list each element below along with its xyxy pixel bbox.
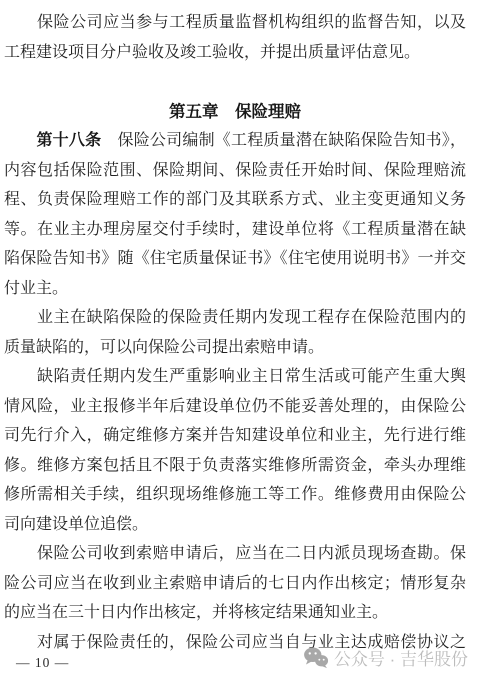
text-line: 修所需相关手续，组织现场维修施工等工作。维修费用由保险公 — [4, 480, 466, 510]
watermark: 公众号 · 吉华股份 — [303, 645, 468, 670]
wechat-icon — [303, 646, 329, 669]
text-line: 的应当在三十日内作出核定，并将核定结果通知业主。 — [4, 598, 466, 628]
text-line: 缺陷责任期内发生严重影响业主日常生活或可能产生重大舆 — [4, 362, 466, 392]
blank-line — [4, 67, 466, 97]
text-line: 情风险，业主报修半年后建设单位仍不能妥善处理的，由保险公 — [4, 392, 466, 422]
article-line: 第十八条 保险公司编制《工程质量潜在缺陷保险告知书》， — [4, 126, 466, 156]
chapter-heading: 第五章 保险理赔 — [4, 97, 466, 127]
text-line: 陷保险告知书》随《住宅质量保证书》《住宅使用说明书》一并交 — [4, 244, 466, 274]
text-line: 司向建设单位追偿。 — [4, 510, 466, 540]
text-line: 业主在缺陷保险的保险责任期内发现工程存在保险范围内的 — [4, 303, 466, 333]
watermark-text: 公众号 · 吉华股份 — [334, 645, 468, 670]
text-line: 内容包括保险范围、保险期间、保险责任开始时间、保险理赔流 — [4, 156, 466, 186]
text-line: 程、负责保险理赔工作的部门及其联系方式、业主变更通知义务 — [4, 185, 466, 215]
text-line: 质量缺陷的，可以向保险公司提出索赔申请。 — [4, 333, 466, 363]
text-line: 司先行介入，确定维修方案并告知建设单位和业主，先行进行维 — [4, 421, 466, 451]
text-line: 等。在业主办理房屋交付手续时，建设单位将《工程质量潜在缺 — [4, 215, 466, 245]
text-line: 工程建设项目分户验收及竣工验收，并提出质量评估意见。 — [4, 38, 466, 68]
text-line: 付业主。 — [4, 274, 466, 304]
article-text: 保险公司编制《工程质量潜在缺陷保险告知书》， — [101, 132, 466, 149]
text-line: 险公司应当在收到业主索赔申请后的七日内作出核定；情形复杂 — [4, 569, 466, 599]
page-number: — 10 — — [16, 655, 69, 671]
article-number: 第十八条 — [36, 132, 101, 149]
document-page: 保险公司应当参与工程质量监督机构组织的监督告知，以及工程建设项目分户验收及竣工验… — [0, 0, 477, 684]
paragraph-indent — [4, 132, 36, 149]
text-line: 保险公司应当参与工程质量监督机构组织的监督告知，以及 — [4, 8, 466, 38]
document-body: 保险公司应当参与工程质量监督机构组织的监督告知，以及工程建设项目分户验收及竣工验… — [0, 0, 477, 657]
text-line: 保险公司收到索赔申请后，应当在二日内派员现场查勘。保 — [4, 539, 466, 569]
text-line: 修。维修方案包括且不限于负责落实维修所需资金，牵头办理维 — [4, 451, 466, 481]
